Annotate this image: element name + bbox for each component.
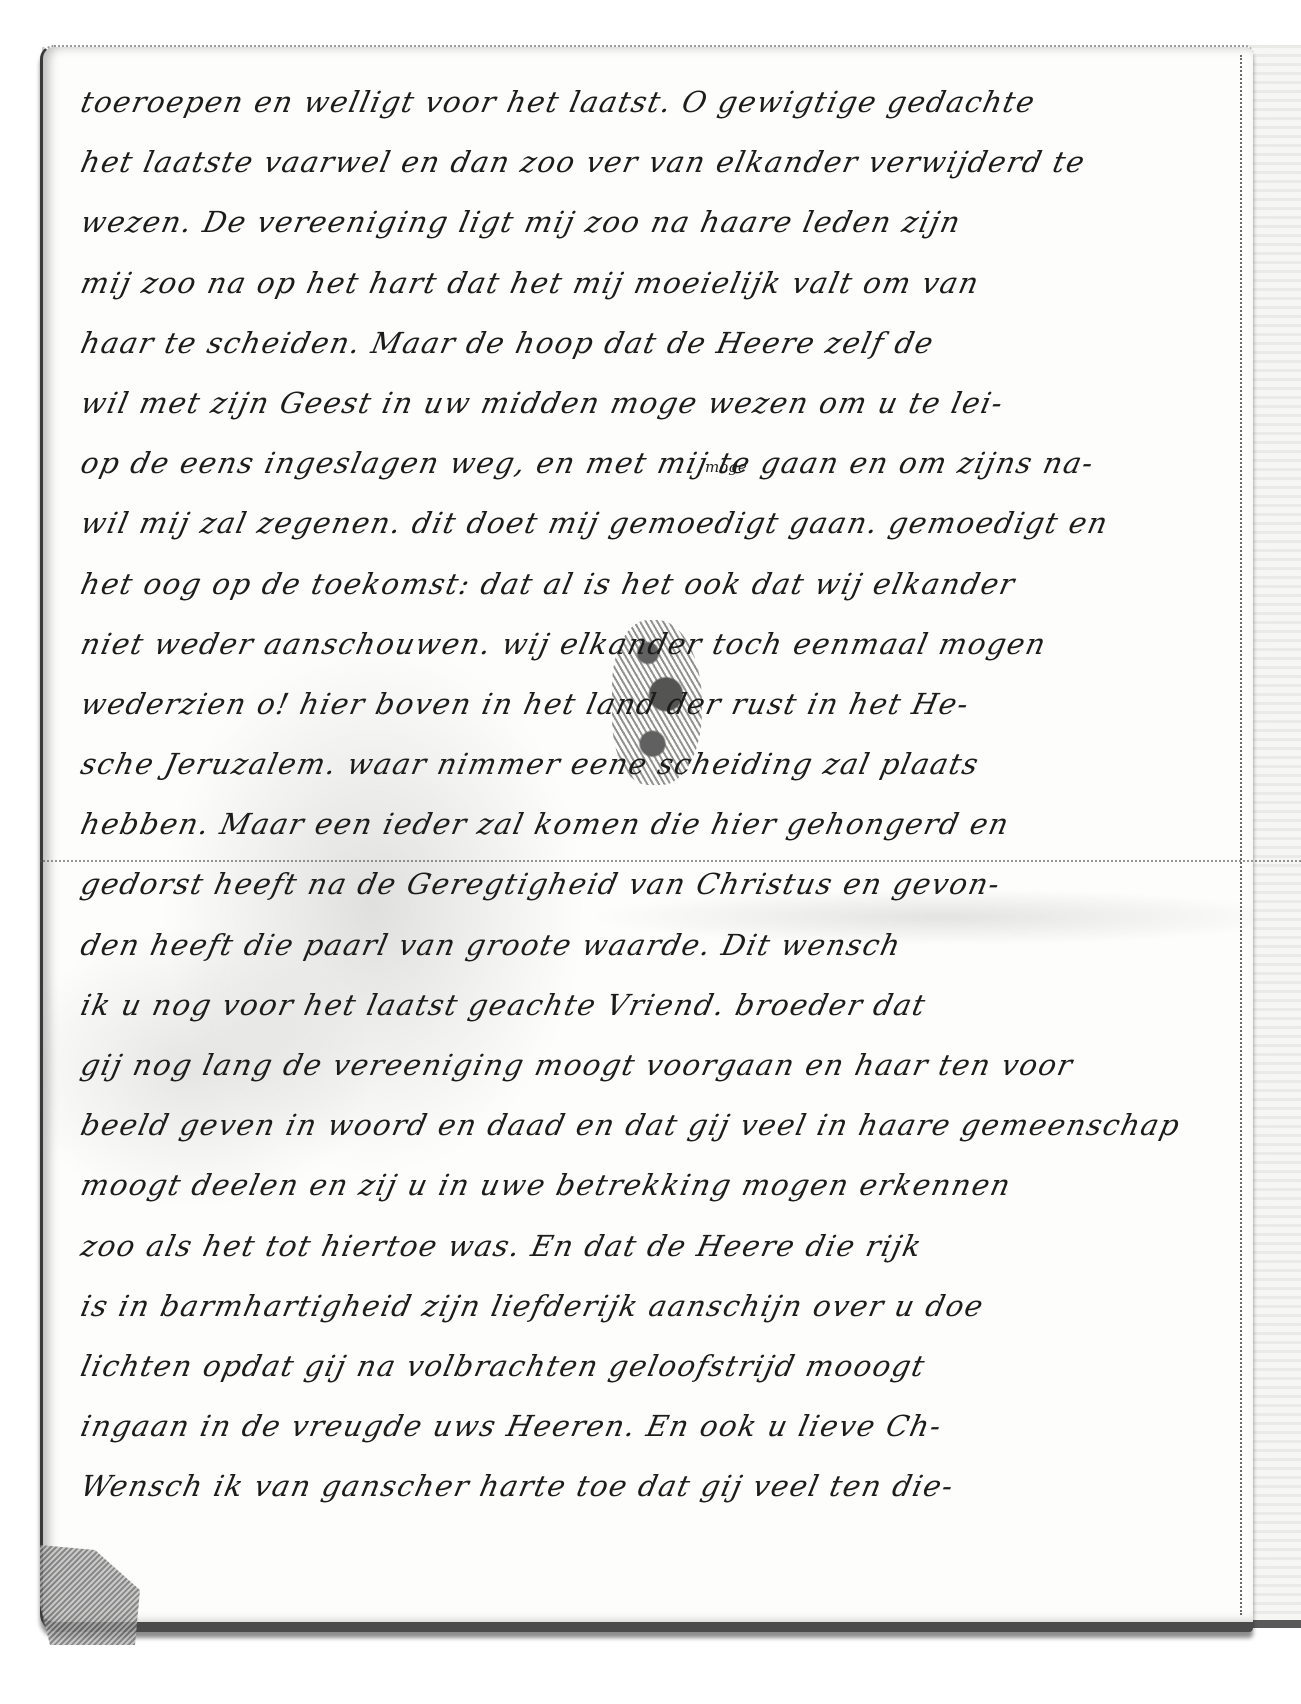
- text-line-10: niet weder aanschouwen. wij elkander toc…: [75, 614, 1253, 674]
- text-line-16: ik u nog voor het laatst geachte Vriend.…: [75, 975, 1253, 1035]
- text-line-12: sche Jeruzalem. waar nimmer eene scheidi…: [75, 734, 1253, 794]
- interlinear-insertion: moge: [705, 458, 747, 476]
- text-line-14: gedorst heeft na de Geregtigheid van Chr…: [75, 854, 1253, 914]
- text-line-7: op de eens ingeslagen weg, en met mij te…: [75, 433, 1253, 493]
- text-line-9: het oog op de toekomst: dat al is het oo…: [75, 554, 1253, 614]
- text-line-22: lichten opdat gij na volbrachten geloofs…: [75, 1336, 1253, 1396]
- text-line-20: zoo als het tot hiertoe was. En dat de H…: [75, 1216, 1253, 1276]
- text-line-23: ingaan in de vreugde uws Heeren. En ook …: [75, 1396, 1253, 1456]
- text-line-4: mij zoo na op het hart dat het mij moeie…: [75, 253, 1253, 313]
- text-line-3: wezen. De vereeniging ligt mij zoo na ha…: [75, 192, 1253, 252]
- text-line-17: gij nog lang de vereeniging moogt voorga…: [75, 1035, 1253, 1095]
- text-line-13: hebben. Maar een ieder zal komen die hie…: [75, 794, 1253, 854]
- text-line-18: beeld geven in woord en daad en dat gij …: [75, 1095, 1253, 1155]
- text-line-15: den heeft die paarl van groote waarde. D…: [75, 915, 1253, 975]
- text-line-24: Wensch ik van ganscher harte toe dat gij…: [75, 1456, 1253, 1516]
- text-line-2: het laatste vaarwel en dan zoo ver van e…: [75, 132, 1253, 192]
- text-line-19: moogt deelen en zij u in uwe betrekking …: [75, 1155, 1253, 1215]
- text-line-5: haar te scheiden. Maar de hoop dat de He…: [75, 313, 1253, 373]
- text-line-11: wederzien o! hier boven in het land der …: [75, 674, 1253, 734]
- text-line-6: wil met zijn Geest in uw midden moge wez…: [75, 373, 1253, 433]
- text-line-8: wil mij zal zegenen. dit doet mij gemoed…: [75, 493, 1253, 553]
- text-line-21: is in barmhartigheid zijn liefderijk aan…: [75, 1276, 1253, 1336]
- handwritten-text: toeroepen en welligt voor het laatst. O …: [75, 72, 1240, 1517]
- text-line-1: toeroepen en welligt voor het laatst. O …: [75, 72, 1253, 132]
